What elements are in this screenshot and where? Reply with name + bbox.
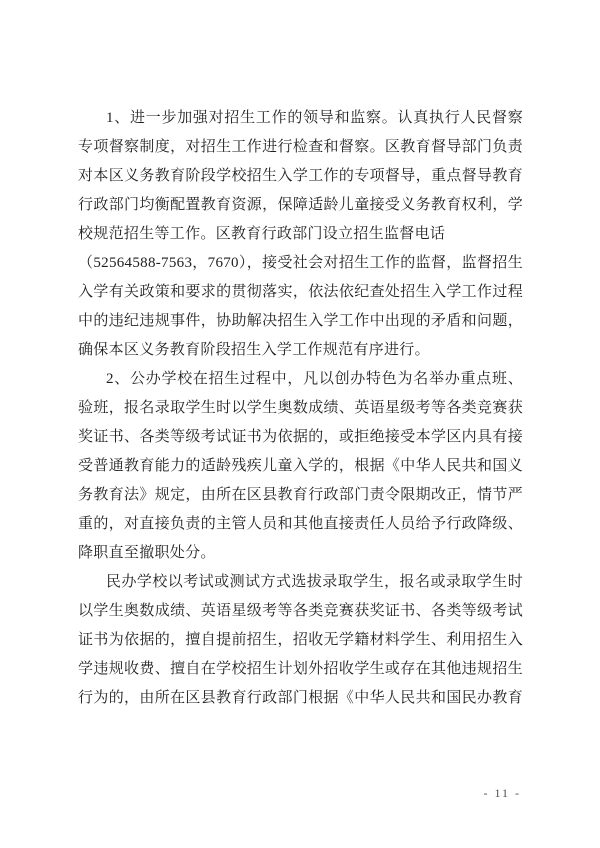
text-line: 1、进一步加强对招生工作的领导和监察。认真执行人民督察员 <box>78 104 523 133</box>
text-line: 受普通教育能力的适龄残疾儿童入学的，根据《中华人民共和国义 <box>78 452 523 481</box>
text-line: 奖证书、各类等级考试证书为依据的，或拒绝接受本学区内具有接 <box>78 423 523 452</box>
page-number: - 11 - <box>483 786 521 800</box>
text-line: 中的违纪违规事件，协助解决招生入学工作中出现的矛盾和问题， <box>78 307 523 336</box>
text-line: （52564588-7563，7670），接受社会对招生工作的监督，监督招生 <box>78 249 523 278</box>
text-line: 确保本区义务教育阶段招生入学工作规范有序进行。 <box>78 336 523 365</box>
text-line: 证书为依据的，擅自提前招生，招收无学籍材料学生、利用招生入 <box>78 626 523 655</box>
document-body: 1、进一步加强对招生工作的领导和监察。认真执行人民督察员 专项督察制度，对招生工… <box>78 104 523 713</box>
text-line: 行为的，由所在区县教育行政部门根据《中华人民共和国民办教育 <box>78 684 523 713</box>
text-line: 验班，报名录取学生时以学生奥数成绩、英语星级考等各类竞赛获 <box>78 394 523 423</box>
document-page: 1、进一步加强对招生工作的领导和监察。认真执行人民督察员 专项督察制度，对招生工… <box>0 0 600 848</box>
text-line: 入学有关政策和要求的贯彻落实，依法依纪查处招生入学工作过程 <box>78 278 523 307</box>
text-line: 专项督察制度，对招生工作进行检查和督察。区教育督导部门负责 <box>78 133 523 162</box>
text-line: 以学生奥数成绩、英语星级考等各类竞赛获奖证书、各类等级考试 <box>78 597 523 626</box>
text-line: 重的，对直接负责的主管人员和其他直接责任人员给予行政降级、 <box>78 510 523 539</box>
text-line: 民办学校以考试或测试方式选拔录取学生，报名或录取学生时 <box>78 568 523 597</box>
text-line: 对本区义务教育阶段学校招生入学工作的专项督导，重点督导教育 <box>78 162 523 191</box>
text-line: 降职直至撤职处分。 <box>78 539 523 568</box>
text-line: 务教育法》规定，由所在区县教育行政部门责令限期改正，情节严 <box>78 481 523 510</box>
text-line: 行政部门均衡配置教育资源，保障适龄儿童接受义务教育权利，学 <box>78 191 523 220</box>
text-line: 2、公办学校在招生过程中，凡以创办特色为名举办重点班、实 <box>78 365 523 394</box>
text-line: 学违规收费、擅自在学校招生计划外招收学生或存在其他违规招生 <box>78 655 523 684</box>
text-line: 校规范招生等工作。区教育行政部门设立招生监督电话 <box>78 220 523 249</box>
